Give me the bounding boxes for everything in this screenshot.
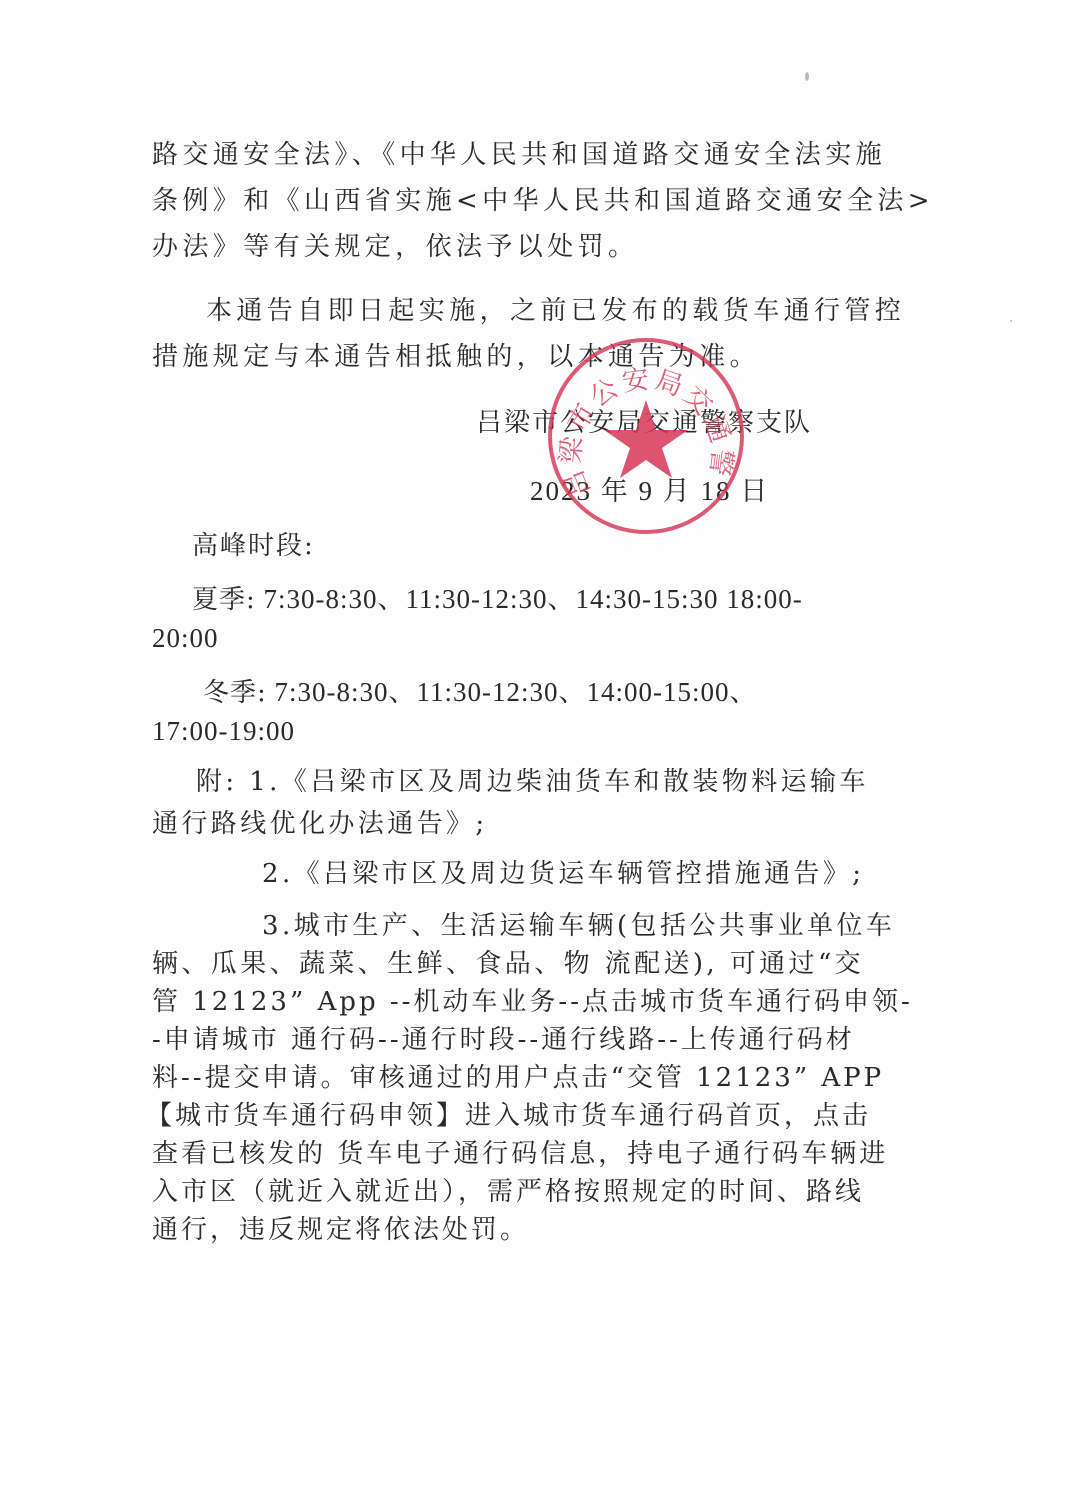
issuer-name: 吕梁市公安局交通警察支队 [476, 405, 812, 441]
winter-periods: 7:30-8:30、11:30-12:30、14:00-15:00、 [267, 677, 758, 707]
attachment-3-line: 查看已核发的 货车电子通行码信息，持电子通行码车辆进 [152, 1136, 888, 1172]
winter-hours-continuation: 17:00-19:00 [152, 713, 295, 749]
scan-speck [805, 72, 809, 81]
effective-clause-line: 措施规定与本通告相抵触的，以本通告为准。 [152, 339, 760, 375]
attachment-3-line: 管 12123” App --机动车业务--点击城市货车通行码申领- [152, 984, 913, 1020]
summer-periods: 7:30-8:30、11:30-12:30、14:30-15:30 18:00- [256, 584, 803, 614]
attachment-3-line: 料--提交申请。审核通过的用户点击“交管 12123” APP [152, 1060, 884, 1096]
winter-hours-line: 冬季: 7:30-8:30、11:30-12:30、14:00-15:00、 [203, 674, 758, 711]
attachment-3-line: 3.城市生产、生活运输车辆(包括公共事业单位车 [262, 908, 895, 944]
attachment-3-line: -申请城市 通行码--通行时段--通行线路--上传通行码材 [152, 1022, 855, 1058]
winter-label: 冬季: [203, 678, 267, 708]
attachment-3-line: 【城市货车通行码申领】进入城市货车通行码首页，点击 [146, 1098, 871, 1134]
issue-date: 2023 年 9 月 18 日 [530, 473, 769, 509]
attachment-3-line: 通行，违反规定将依法处罚。 [152, 1212, 529, 1248]
attachment-1-line: 附: 1.《吕梁市区及周边柴油货车和散装物料运输车 [196, 764, 869, 800]
summer-hours-line: 夏季: 7:30-8:30、11:30-12:30、14:30-15:30 18… [192, 581, 803, 618]
summer-label: 夏季: [192, 585, 256, 615]
effective-clause-line: 本通告自即日起实施，之前已发布的载货车通行管控 [206, 293, 905, 329]
document-page: 路交通安全法》、《中华人民共和国道路交通安全法实施 条例》和《山西省实施<中华人… [0, 0, 1080, 1485]
attachment-1-line: 通行路线优化办法通告》; [152, 806, 488, 842]
attachment-2-line: 2.《吕梁市区及周边货运车辆管控措施通告》; [262, 856, 864, 892]
attachment-3-line: 辆、瓜果、蔬菜、生鲜、食品、物 流配送), 可通过“交 [152, 946, 864, 982]
paragraph-line: 路交通安全法》、《中华人民共和国道路交通安全法实施 [152, 137, 886, 173]
scan-speck [1010, 320, 1012, 322]
peak-hours-heading: 高峰时段: [192, 528, 315, 564]
paragraph-line: 条例》和《山西省实施<中华人民共和国道路交通安全法> [152, 183, 934, 219]
summer-hours-continuation: 20:00 [152, 620, 219, 656]
attachment-3-line: 入市区（就近入就近出），需严格按照规定的时间、路线 [152, 1174, 864, 1210]
paragraph-line: 办法》等有关规定，依法予以处罚。 [152, 229, 638, 265]
